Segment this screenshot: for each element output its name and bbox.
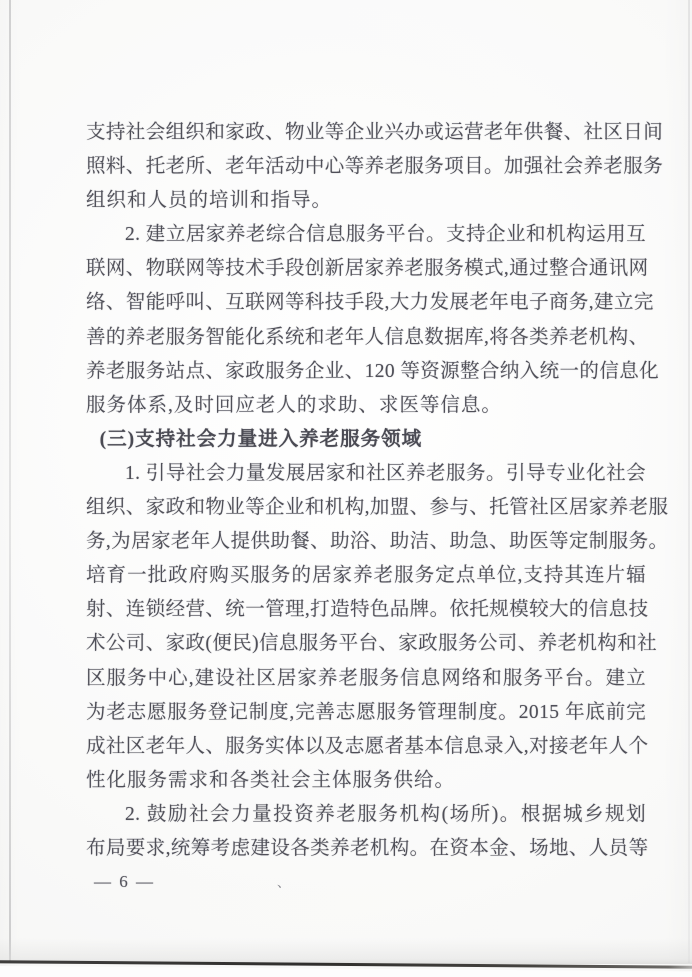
document-body: 支持社会组织和家政、物业等企业兴办或运营老年供餐、社区日间 照料、托老所、老年活… bbox=[86, 116, 646, 866]
text-line: 射、连锁经营、统一管理,打造特色品牌。依托规模较大的信息技 bbox=[86, 593, 646, 627]
scan-right-page-edge bbox=[688, 0, 690, 963]
text-line: 务,为居家老年人提供助餐、助浴、助洁、助急、助医等定制服务。 bbox=[86, 525, 646, 559]
text-line: 2. 鼓励社会力量投资养老服务机构(场所)。根据城乡规划 bbox=[86, 798, 646, 832]
text-line: 组织和人员的培训和指导。 bbox=[86, 184, 646, 218]
text-line: 支持社会组织和家政、物业等企业兴办或运营老年供餐、社区日间 bbox=[86, 116, 646, 150]
text-line: 术公司、家政(便民)信息服务平台、家政服务公司、养老机构和社 bbox=[86, 627, 646, 661]
text-line: 2. 建立居家养老综合信息服务平台。支持企业和机构运用互 bbox=[86, 218, 646, 252]
scan-speck-artifact: 、 bbox=[277, 880, 281, 886]
text-line: 培育一批政府购买服务的居家养老服务定点单位,支持其连片辐 bbox=[86, 559, 646, 593]
text-line: 性化服务需求和各类社会主体服务供给。 bbox=[86, 764, 646, 798]
text-line: 善的养老服务智能化系统和老年人信息数据库,将各类养老机构、 bbox=[86, 321, 646, 355]
text-line: 联网、物联网等技术手段创新居家养老服务模式,通过整合通讯网 bbox=[86, 252, 646, 286]
scanned-document-page: 支持社会组织和家政、物业等企业兴办或运营老年供餐、社区日间 照料、托老所、老年活… bbox=[0, 0, 692, 977]
text-line: 养老服务站点、家政服务企业、120 等资源整合纳入统一的信息化 bbox=[86, 355, 646, 389]
text-line: 组织、家政和物业等企业和机构,加盟、参与、托管社区居家养老服 bbox=[86, 491, 646, 525]
text-line: 照料、托老所、老年活动中心等养老服务项目。加强社会养老服务 bbox=[86, 150, 646, 184]
text-line: 为老志愿服务登记制度,完善志愿服务管理制度。2015 年底前完 bbox=[86, 696, 646, 730]
text-line: 服务体系,及时回应老人的求助、求医等信息。 bbox=[86, 389, 646, 423]
text-line: 区服务中心,建设社区居家养老服务信息网络和服务平台。建立 bbox=[86, 662, 646, 696]
text-line: 成社区老年人、服务实体以及志愿者基本信息录入,对接老年人个 bbox=[86, 730, 646, 764]
text-line: 1. 引导社会力量发展居家和社区养老服务。引导专业化社会 bbox=[86, 457, 646, 491]
text-line: 布局要求,统筹考虑建设各类养老机构。在资本金、场地、人员等 bbox=[86, 832, 646, 866]
section-heading: (三)支持社会力量进入养老服务领域 bbox=[86, 423, 646, 457]
page-number: — 6 — bbox=[94, 870, 155, 894]
text-line: 络、智能呼叫、互联网等科技手段,大力发展老年电子商务,建立完 bbox=[86, 286, 646, 320]
scan-left-page-edge bbox=[9, 0, 11, 963]
